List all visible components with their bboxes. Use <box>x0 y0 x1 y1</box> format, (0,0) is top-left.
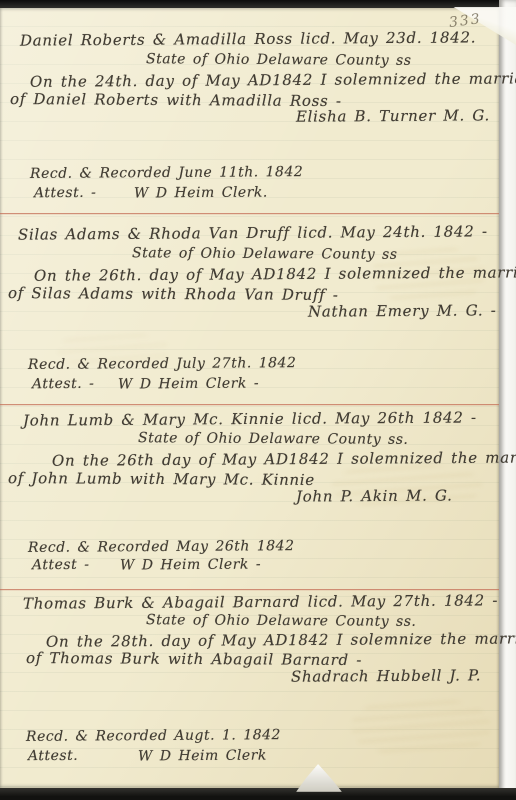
ink-bleed-smudge <box>352 698 490 756</box>
section-rule <box>0 589 499 590</box>
attest-label: Attest - <box>32 557 90 573</box>
officiant-signature: John P. Akin M. G. <box>296 486 453 505</box>
solemnized-line: On the 28th. day of May AD1842 I solemni… <box>46 629 516 651</box>
officiant-signature: Elisha B. Turner M. G. <box>296 106 490 125</box>
state-county-line: State of Ohio Delaware County ss. <box>146 612 416 630</box>
clerk-signature: W D Heim Clerk - <box>120 557 261 574</box>
parties-line: of Silas Adams with Rhoda Van Druff - <box>8 284 339 304</box>
scanner-edge-bottom <box>0 788 516 800</box>
scanner-edge-top <box>0 0 516 8</box>
state-county-line: State of Ohio Delaware County ss <box>146 51 412 69</box>
solemnized-line: On the 26th. day of May AD1842 I solemni… <box>34 263 516 285</box>
recorded-line: Recd. & Recorded July 27th. 1842 <box>28 355 296 373</box>
clerk-signature: W D Heim Clerk <box>138 748 267 765</box>
recorded-line: Recd. & Recorded June 11th. 1842 <box>30 164 303 182</box>
license-line: Thomas Burk & Abagail Barnard licd. May … <box>23 591 498 612</box>
section-rule <box>0 404 499 405</box>
recorded-line: Recd. & Recorded May 26th 1842 <box>28 538 295 556</box>
state-county-line: State of Ohio Delaware County ss. <box>138 430 408 448</box>
clerk-signature: W D Heim Clerk - <box>118 376 259 393</box>
license-line: Silas Adams & Rhoda Van Druff licd. May … <box>18 222 488 243</box>
parties-line: of Thomas Burk with Abagail Barnard - <box>26 649 362 669</box>
solemnized-line: On the 24th. day of May AD1842 I solemni… <box>30 69 516 91</box>
license-line: Daniel Roberts & Amadilla Ross licd. May… <box>20 28 476 49</box>
section-rule <box>0 213 499 214</box>
attest-label: Attest. - <box>32 376 94 392</box>
officiant-signature: Nathan Emery M. G. - <box>308 301 497 320</box>
parties-line: of John Lumb with Mary Mc. Kinnie <box>8 469 315 489</box>
attest-label: Attest. <box>28 748 78 764</box>
attest-label: Attest. - <box>34 185 96 201</box>
parties-line: of Daniel Roberts with Amadilla Ross - <box>10 90 342 110</box>
solemnized-line: On the 26th day of May AD1842 I solemniz… <box>52 448 516 470</box>
recorded-line: Recd. & Recorded Augt. 1. 1842 <box>26 727 281 745</box>
license-line: John Lumb & Mary Mc. Kinnie licd. May 26… <box>23 408 477 429</box>
adjacent-page-edge <box>499 0 516 800</box>
officiant-signature: Shadrach Hubbell J. P. <box>291 666 481 685</box>
state-county-line: State of Ohio Delaware County ss <box>132 245 398 263</box>
scanned-ledger-page: 333 Daniel Roberts & Amadilla Ross licd.… <box>0 0 516 800</box>
clerk-signature: W D Heim Clerk. <box>134 185 268 202</box>
